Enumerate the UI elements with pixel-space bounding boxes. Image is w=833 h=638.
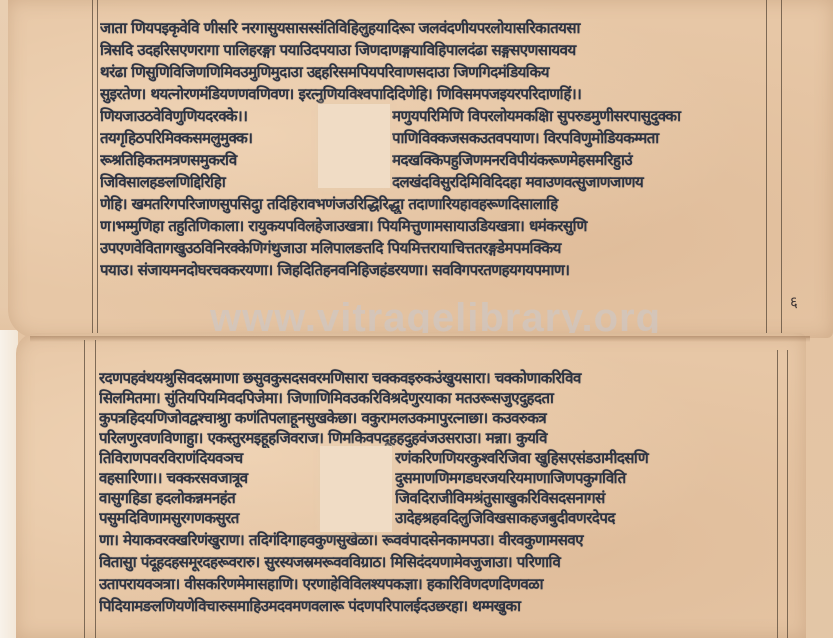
margin-rule-right-inner (777, 350, 778, 638)
margin-rule-right-inner (766, 0, 767, 338)
text-line: रदणपहवंथयश्रुसिवदस्रमाणा छसुवकुसदसवरमणिस… (99, 368, 775, 388)
text-line: ण।भम्मुणिहा तहुतिणिकाला। रायुकयपविलहेजाउ… (100, 216, 764, 236)
text-line: रूश्रतिहिकतमत्रणसमुकरवि (100, 150, 310, 170)
margin-rule-left-outer (92, 0, 93, 338)
binding-hole-top (318, 104, 390, 188)
margin-rule-right-outer (787, 350, 788, 638)
text-line: सुइरतेण। थयत्नोरणमंडियणणवणिवण। इरत्नुणिय… (100, 84, 764, 104)
text-line: कुपत्रहिदयणिजोवद्वश्चाश्रुा कणंतिपलाहूनस… (99, 408, 775, 428)
text-line: जाता णियपइकृवेवि णीसरि नरगासुयसासस्संतिव… (100, 18, 764, 38)
text-line: वितासुा पंदूहदहसमूरदहरूवरारु। सुरस्यजस्र… (99, 552, 775, 572)
text-line: उतापरायवञत्रा। वीसकरिणमेमासहाणि। एरणाहेव… (99, 574, 775, 594)
text-line: परिलणुरवणविणाहुा। एकस्तुरमइहूहजिवराज। णि… (99, 428, 775, 448)
text-line: तयगृहिठपरिमिक्कसमलुमुक्क। (100, 128, 310, 148)
text-line: दुसमाणणिमगडघरजयरियमाणाजिणपकुगविति (395, 468, 775, 488)
text-line: उादेहश्रहवदिलुजिविखसाकहजबुदीवणरदेपद (395, 508, 775, 528)
text-line: तिविराणपवरविराणंदियवञच (99, 448, 315, 468)
top-folio-text: जाता णियपइकृवेवि णीसरि नरगासुयसासस्संतिव… (100, 18, 764, 268)
folio-number: ६ (790, 292, 798, 312)
text-line: दलखंदविसुरदिमिविदिदहा मवाउणवत्सुजाणजाणय (392, 172, 764, 192)
text-line: णा। मेयाकवरक्खरिणंखुराण। तदिगंदिगाहवकुणस… (99, 530, 775, 550)
text-line: पिदियामङलणियणेविचारुसमाहिउमदवमणवलारू पंद… (99, 596, 775, 616)
text-line: रणंकरिणणियरकुश्वरिजिवा खुहिसएसंडउामीदसणि (395, 448, 775, 468)
folio-edge-shadow (30, 336, 810, 342)
text-line: मणुयपरिमिणि विपरलोयमकक्षिा सुपरुडमुणीसरप… (392, 106, 764, 126)
text-line: उपएणवेवितागखुउठविनिरक्केणिगंथुजाउा मलिपा… (100, 238, 764, 258)
margin-rule-left-inner (95, 340, 96, 638)
text-line: मदखक्किपहुजिणमनरविपीयंकरूणमेहसमरिहुाउं (392, 150, 764, 170)
text-line: वहसारिणा।। चक्करसवजात्रूव (99, 468, 315, 488)
margin-rule-left-inner (97, 0, 98, 338)
text-line: णियजाउठवेविणुणियदरक्के।। (100, 106, 310, 126)
text-line: णेहि। खमतरिगपरिजाणसुपसिदुा तदिहिरावभणंजउ… (100, 194, 764, 214)
text-line: पयाउ। संजायमनदोघरचक्करयणा। जिहदितिहनवनिह… (100, 260, 764, 280)
bottom-folio-text: रदणपहवंथयश्रुसिवदस्रमाणा छसुवकुसदसवरमणिस… (99, 368, 775, 618)
text-line: त्रिसदि उदहरिसएणरागा पालिहरङ्गा पयाउिदपय… (100, 40, 764, 60)
text-line: वासुगहिडा हदलोकन्नमनहंत (99, 488, 315, 508)
text-line: पाणिविक्कजसकउतवपयाण। विरपविणुमोडियकम्मता (392, 128, 764, 148)
text-line: थरंढा णिसुणिविजिणणिमिवउमुणिमुदाउा उद्दहर… (100, 62, 764, 82)
text-line: सिलमितमा। सुंतियपियमिवदपिजेमा। जिणाणिमिव… (99, 388, 775, 408)
text-line: जिविसालहङलणिद्दिरिहिा (100, 172, 310, 192)
text-line: पसुमदिविणामसुरगणकसुरत (99, 508, 315, 528)
binding-hole-bottom (320, 446, 392, 532)
margin-rule-left-outer (84, 340, 85, 638)
margin-rule-right-outer (781, 0, 782, 338)
text-line: जिवदिराजीविमश्रंतुसाखुकरिविसदसनागसं (395, 488, 775, 508)
